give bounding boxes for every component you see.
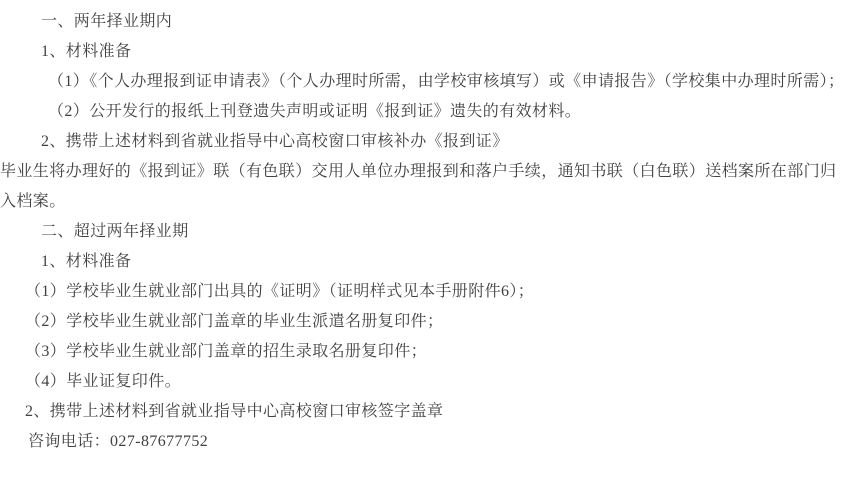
section-two-step-one-heading: 1、材料准备 <box>0 247 845 277</box>
section-two-item-four: （4）毕业证复印件。 <box>0 367 845 397</box>
section-two-item-one: （1）学校毕业生就业部门出具的《证明》（证明样式见本手册附件6）； <box>0 277 845 307</box>
contact-label: 咨询电话： <box>28 433 110 450</box>
section-two-heading: 二、超过两年择业期 <box>0 217 845 247</box>
contact-line: 咨询电话：027-87677752 <box>0 427 845 457</box>
section-one-step-one-heading: 1、材料准备 <box>0 37 845 67</box>
section-two-item-three: （3）学校毕业生就业部门盖章的招生录取名册复印件； <box>0 337 845 367</box>
section-one-heading: 一、两年择业期内 <box>0 7 845 37</box>
section-one-step-two: 2、携带上述材料到省就业指导中心高校窗口审核补办《报到证》 <box>0 127 845 157</box>
section-one-note: 毕业生将办理好的《报到证》联（有色联）交用人单位办理报到和落户手续，通知书联（白… <box>0 157 845 217</box>
section-two-item-two: （2）学校毕业生就业部门盖章的毕业生派遣名册复印件； <box>0 307 845 337</box>
document-page: 一、两年择业期内 1、材料准备 （1）《个人办理报到证申请表》（个人办理时所需，… <box>0 0 845 489</box>
section-one-item-one: （1）《个人办理报到证申请表》（个人办理时所需，由学校审核填写）或《申请报告》（… <box>0 67 845 97</box>
section-one-item-two: （2）公开发行的报纸上刊登遗失声明或证明《报到证》遗失的有效材料。 <box>0 97 845 127</box>
contact-phone-number: 027-87677752 <box>110 433 208 450</box>
section-two-step-two: 2、携带上述材料到省就业指导中心高校窗口审核签字盖章 <box>0 397 845 427</box>
